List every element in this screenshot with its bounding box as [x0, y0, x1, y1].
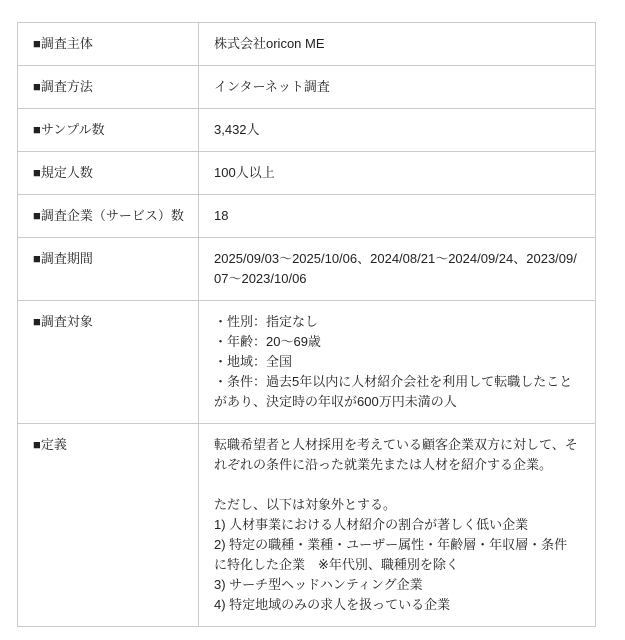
value-line: 4) 特定地域のみの求人を扱っている企業 [214, 595, 580, 615]
value-line: 転職希望者と人材採用を考えている顧客企業双方に対して、それぞれの条件に沿った就業… [214, 435, 580, 475]
value-line: 3) サーチ型ヘッドハンティング企業 [214, 575, 580, 595]
row-label: ■調査期間 [18, 238, 199, 300]
value-line: ・年齢：20～69歳 [214, 332, 580, 352]
row-value: ・性別：指定なし ・年齢：20～69歳 ・地域：全国 ・条件：過去5年以内に人材… [199, 301, 595, 423]
row-label: ■規定人数 [18, 152, 199, 194]
table-row-survey-entity: ■調査主体 株式会社oricon ME [18, 23, 595, 66]
row-label: ■調査企業（サービス）数 [18, 195, 199, 237]
value-line: ・条件：過去5年以内に人材紹介会社を利用して転職したことがあり、決定時の年収が6… [214, 372, 580, 412]
value-line: ・性別：指定なし [214, 312, 580, 332]
value-line: ただし、以下は対象外とする。 [214, 495, 580, 515]
table-row-survey-period: ■調査期間 2025/09/03～2025/10/06、2024/08/21～2… [18, 238, 595, 301]
row-label: ■調査対象 [18, 301, 199, 423]
value-line: ・地域：全国 [214, 352, 580, 372]
row-value: 株式会社oricon ME [199, 23, 595, 65]
row-value: インターネット調査 [199, 66, 595, 108]
table-row-sample-size: ■サンプル数 3,432人 [18, 109, 595, 152]
row-label: ■調査主体 [18, 23, 199, 65]
table-row-company-count: ■調査企業（サービス）数 18 [18, 195, 595, 238]
table-row-survey-method: ■調査方法 インターネット調査 [18, 66, 595, 109]
row-label: ■調査方法 [18, 66, 199, 108]
row-value: 3,432人 [199, 109, 595, 151]
value-line: 1) 人材事業における人材紹介の割合が著しく低い企業 [214, 515, 580, 535]
table-row-survey-target: ■調査対象 ・性別：指定なし ・年齢：20～69歳 ・地域：全国 ・条件：過去5… [18, 301, 595, 424]
row-value: 100人以上 [199, 152, 595, 194]
row-value: 2025/09/03～2025/10/06、2024/08/21～2024/09… [199, 238, 595, 300]
row-value: 18 [199, 195, 595, 237]
value-line: 2) 特定の職種・業種・ユーザー属性・年齢層・年収層・条件に特化した企業 ※年代… [214, 535, 580, 575]
table-row-required-people: ■規定人数 100人以上 [18, 152, 595, 195]
row-label: ■定義 [18, 424, 199, 626]
value-line-spacer [214, 475, 580, 495]
row-label: ■サンプル数 [18, 109, 199, 151]
survey-info-table: ■調査主体 株式会社oricon ME ■調査方法 インターネット調査 ■サンプ… [17, 22, 596, 627]
row-value: 転職希望者と人材採用を考えている顧客企業双方に対して、それぞれの条件に沿った就業… [199, 424, 595, 626]
table-row-definition: ■定義 転職希望者と人材採用を考えている顧客企業双方に対して、それぞれの条件に沿… [18, 424, 595, 626]
